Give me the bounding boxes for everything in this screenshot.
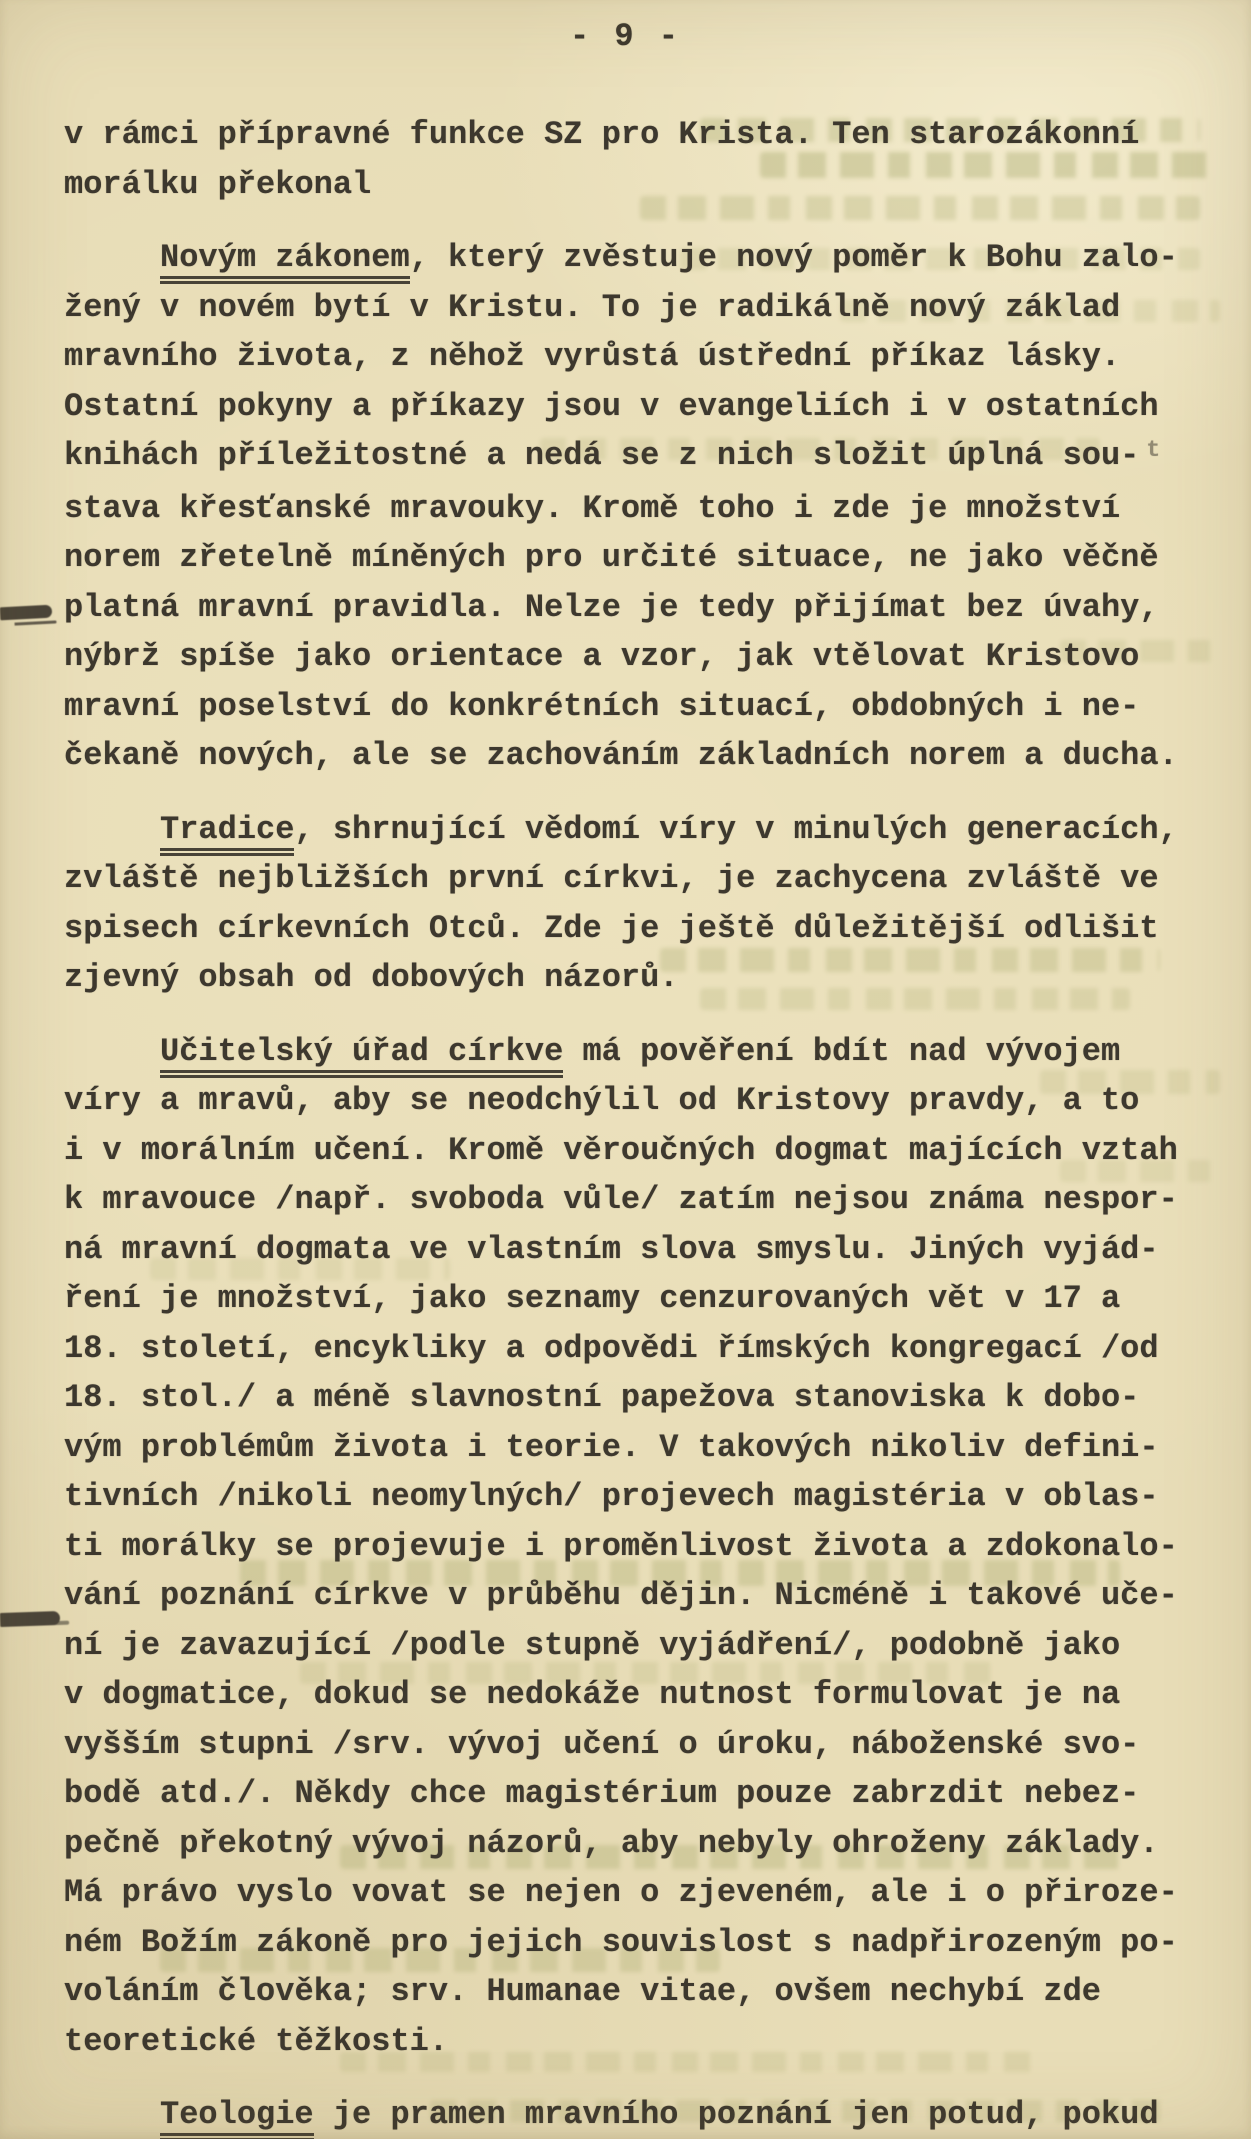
text-line: k mravouce /např. svoboda vůle/ zatím ne… [64, 1175, 1224, 1225]
text-line: v dogmatice, dokud se nedokáže nutnost f… [64, 1670, 1224, 1720]
text-line: voláním člověka; srv. Humanae vitae, ovš… [64, 1967, 1224, 2017]
stray-typed-mark: t [1146, 426, 1160, 476]
document-body: v rámci přípravné funkce SZ pro Krista. … [64, 110, 1224, 2139]
text-line: vání poznání církve v průběhu dějin. Nic… [64, 1571, 1224, 1621]
text-run: má pověření bdít nad vývojem [563, 1033, 1120, 1070]
text-line: nýbrž spíše jako orientace a vzor, jak v… [64, 632, 1224, 682]
text-line: norem zřetelně míněných pro určité situa… [64, 533, 1224, 583]
underlined-term: Tradice [160, 811, 294, 856]
text-line: Učitelský úřad církve má pověření bdít n… [64, 1027, 1224, 1077]
text-line: 18. století, encykliky a odpovědi římský… [64, 1324, 1224, 1374]
text-line: ření je množství, jako seznamy cenzurova… [64, 1274, 1224, 1324]
text-line: teoretické těžkosti. [64, 2017, 1224, 2067]
text-line: žený v novém bytí v Kristu. To je radiká… [64, 283, 1224, 333]
text-line: čekaně nových, ale se zachováním základn… [64, 731, 1224, 781]
text-line: knihách příležitostné a nedá se z nich s… [64, 431, 1224, 484]
text-line: Novým zákonem, který zvěstuje nový poměr… [64, 233, 1224, 283]
text-line: platná mravní pravidla. Nelze je tedy př… [64, 583, 1224, 633]
text-run: knihách příležitostné a nedá se z nich s… [64, 437, 1139, 474]
text-line: zjevný obsah od dobových názorů. [64, 953, 1224, 1003]
text-line: Má právo vyslo vovat se nejen o zjeveném… [64, 1868, 1224, 1918]
ink-smudge [0, 1611, 60, 1627]
text-run: je pramen mravního poznání jen potud, po… [314, 2096, 1159, 2133]
text-line: Tradice, shrnující vědomí víry v minulýc… [64, 805, 1224, 855]
paragraph-teologie: Teologie je pramen mravního poznání jen … [64, 2090, 1224, 2139]
text-line: v rámci přípravné funkce SZ pro Krista. … [64, 110, 1224, 160]
text-line: Ostatní pokyny a příkazy jsou v evangeli… [64, 382, 1224, 432]
text-line: vým problémům života i teorie. V takovýc… [64, 1423, 1224, 1473]
text-line: 18. stol./ a méně slavnostní papežova st… [64, 1373, 1224, 1423]
scanned-document-page: { "page": { "number": "- 9 -" }, "paragr… [0, 0, 1251, 2139]
text-line: víry a mravů, aby se neodchýlil od Krist… [64, 1076, 1224, 1126]
paragraph-novym-zakonem: Novým zákonem, který zvěstuje nový poměr… [64, 233, 1224, 781]
text-line: zvláště nejbližších první církvi, je zac… [64, 854, 1224, 904]
text-line: vyšším stupni /srv. vývoj učení o úroku,… [64, 1720, 1224, 1770]
text-line: ná mravní dogmata ve vlastním slova smys… [64, 1225, 1224, 1275]
text-line: ní je zavazující /podle stupně vyjádření… [64, 1621, 1224, 1671]
text-line: ném Božím zákoně pro jejich souvislost s… [64, 1918, 1224, 1968]
paragraph-ucitelsky-urad: Učitelský úřad církve má pověření bdít n… [64, 1027, 1224, 2067]
paragraph-tradice: Tradice, shrnující vědomí víry v minulýc… [64, 805, 1224, 1003]
text-line: mravního života, z něhož vyrůstá ústředn… [64, 332, 1224, 382]
text-line: tivních /nikoli neomylných/ projevech ma… [64, 1472, 1224, 1522]
text-line: mravní poselství do konkrétních situací,… [64, 682, 1224, 732]
text-line: Teologie je pramen mravního poznání jen … [64, 2090, 1224, 2139]
underlined-term: Novým zákonem [160, 239, 410, 284]
ink-smudge [0, 605, 52, 621]
text-line: morálku překonal [64, 160, 1224, 210]
page-number: - 9 - [0, 18, 1251, 55]
underlined-term: Teologie [160, 2096, 314, 2139]
text-run: , který zvěstuje nový poměr k Bohu zalo- [410, 239, 1178, 276]
underlined-term: Učitelský úřad církve [160, 1033, 563, 1078]
text-line: pečně překotný vývoj názorů, aby nebyly … [64, 1819, 1224, 1869]
paragraph-continuation: v rámci přípravné funkce SZ pro Krista. … [64, 110, 1224, 209]
text-line: i v morálním učení. Kromě věroučných dog… [64, 1126, 1224, 1176]
text-line: stava křesťanské mravouky. Kromě toho i … [64, 484, 1224, 534]
text-run: , shrnující vědomí víry v minulých gener… [294, 811, 1177, 848]
text-line: bodě atd./. Někdy chce magistérium pouze… [64, 1769, 1224, 1819]
text-line: ti morálky se projevuje i proměnlivost ž… [64, 1522, 1224, 1572]
text-line: spisech církevních Otců. Zde je ještě dů… [64, 904, 1224, 954]
